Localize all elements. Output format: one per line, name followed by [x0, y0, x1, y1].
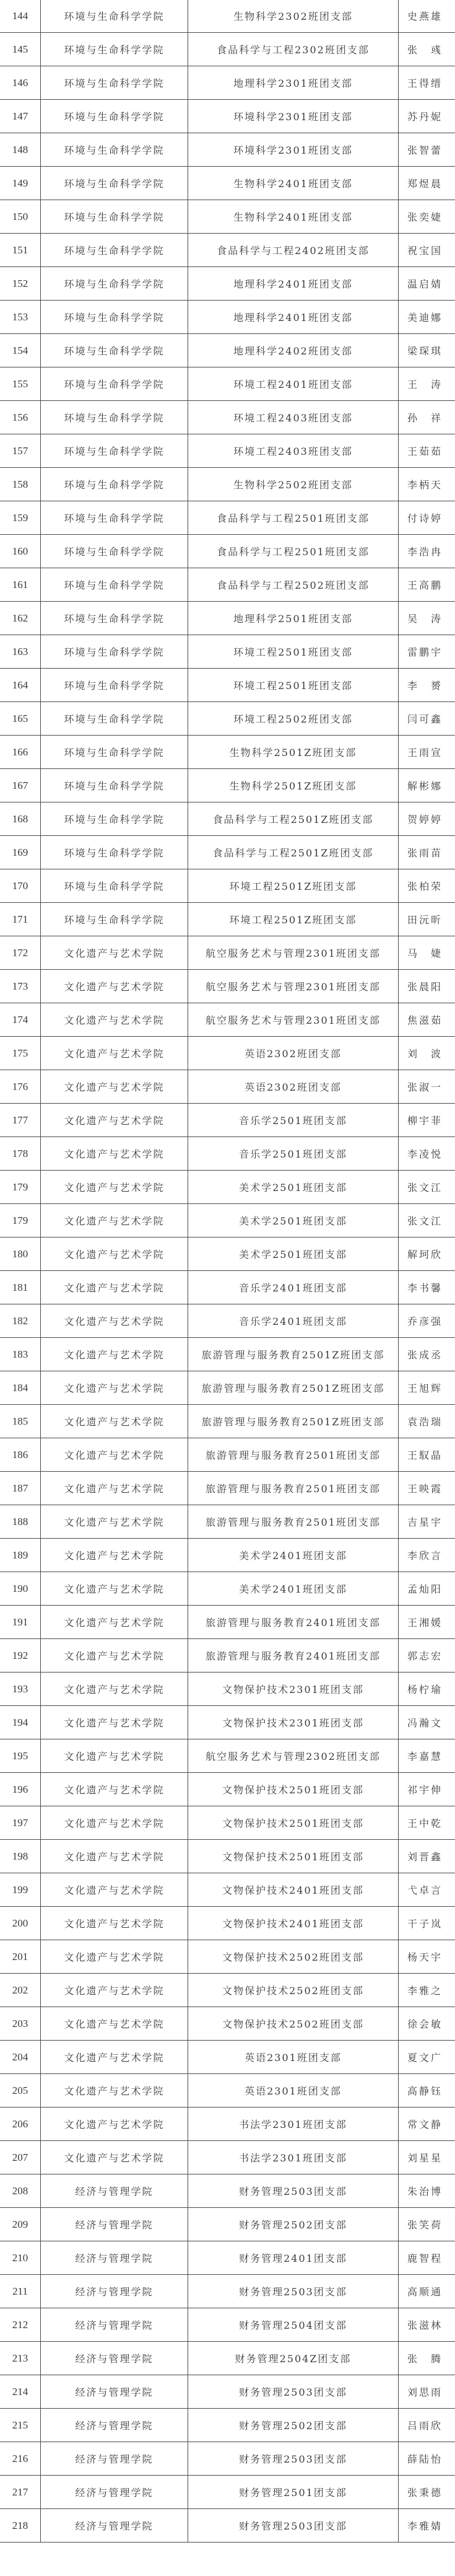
- table-row: 155 环境与生命科学学院 环境工程2401班团支部 王 涛: [0, 367, 455, 401]
- row-number-cell: 164: [0, 669, 41, 702]
- row-number-cell: 158: [0, 468, 41, 501]
- college-cell: 环境与生命科学学院: [41, 33, 188, 66]
- row-number-cell: 214: [0, 2375, 41, 2409]
- table-row: 215 经济与管理学院 财务管理2502团支部 吕雨欣: [0, 2409, 455, 2442]
- table-row: 144 环境与生命科学学院 生物科学2302班团支部 史燕雄: [0, 0, 455, 33]
- branch-cell: 环境工程2401班团支部: [188, 367, 399, 401]
- branch-cell: 书法学2301班团支部: [188, 2141, 399, 2174]
- name-cell: 李柄天: [399, 468, 455, 501]
- name-cell: 夏文广: [399, 2041, 455, 2074]
- branch-cell: 美术学2501班团支部: [188, 1237, 399, 1271]
- branch-cell: 文物保护技术2502班团支部: [188, 1974, 399, 2007]
- college-cell: 文化遗产与艺术学院: [41, 970, 188, 1003]
- table-row: 218 经济与管理学院 财务管理2503团支部 李雅婧: [0, 2509, 455, 2543]
- name-cell: 王旭辉: [399, 1371, 455, 1405]
- table-row: 195 文化遗产与艺术学院 航空服务艺术与管理2302班团支部 李嘉慧: [0, 1739, 455, 1773]
- name-cell: 袁浩瑞: [399, 1405, 455, 1438]
- table-row: 209 经济与管理学院 财务管理2502团支部 张笑荷: [0, 2208, 455, 2241]
- branch-cell: 音乐学2501班团支部: [188, 1104, 399, 1137]
- row-number-cell: 194: [0, 1706, 41, 1739]
- table-row: 175 文化遗产与艺术学院 英语2302班团支部 刘 波: [0, 1037, 455, 1070]
- branch-cell: 财务管理2401团支部: [188, 2241, 399, 2275]
- table-row: 150 环境与生命科学学院 生物科学2401班团支部 张奕婕: [0, 200, 455, 234]
- branch-cell: 文物保护技术2501班团支部: [188, 1806, 399, 1840]
- name-cell: 郑煜晨: [399, 167, 455, 200]
- row-number-cell: 187: [0, 1472, 41, 1505]
- branch-cell: 地理科学2401班团支部: [188, 301, 399, 334]
- college-cell: 环境与生命科学学院: [41, 501, 188, 535]
- table-row: 201 文化遗产与艺术学院 文物保护技术2502班团支部 杨天宇: [0, 1940, 455, 1974]
- branch-cell: 音乐学2501班团支部: [188, 1137, 399, 1171]
- branch-cell: 食品科学与工程2502班团支部: [188, 568, 399, 602]
- name-cell: 孙 祥: [399, 401, 455, 434]
- college-cell: 文化遗产与艺术学院: [41, 1907, 188, 1940]
- college-cell: 环境与生命科学学院: [41, 869, 188, 903]
- college-cell: 环境与生命科学学院: [41, 167, 188, 200]
- row-number-cell: 200: [0, 1907, 41, 1940]
- branch-cell: 英语2302班团支部: [188, 1070, 399, 1104]
- name-cell: 王湘媛: [399, 1606, 455, 1639]
- name-cell: 马 婕: [399, 936, 455, 970]
- name-cell: 张秉德: [399, 2476, 455, 2509]
- college-cell: 文化遗产与艺术学院: [41, 936, 188, 970]
- college-cell: 文化遗产与艺术学院: [41, 1070, 188, 1104]
- table-row: 169 环境与生命科学学院 食品科学与工程2501Z班团支部 张雨苗: [0, 836, 455, 869]
- table-row: 198 文化遗产与艺术学院 文物保护技术2501班团支部 刘晋鑫: [0, 1840, 455, 1873]
- table-row: 164 环境与生命科学学院 环境工程2501班团支部 李 赟: [0, 669, 455, 702]
- name-cell: 常文静: [399, 2108, 455, 2141]
- branch-cell: 财务管理2503团支部: [188, 2442, 399, 2476]
- row-number-cell: 148: [0, 133, 41, 167]
- row-number-cell: 175: [0, 1037, 41, 1070]
- row-number-cell: 147: [0, 100, 41, 133]
- college-cell: 文化遗产与艺术学院: [41, 1539, 188, 1572]
- name-cell: 解彬娜: [399, 769, 455, 802]
- name-cell: 吴 涛: [399, 602, 455, 635]
- row-number-cell: 181: [0, 1271, 41, 1304]
- row-number-cell: 188: [0, 1505, 41, 1539]
- table-row: 160 环境与生命科学学院 食品科学与工程2501班团支部 李浩冉: [0, 535, 455, 568]
- table-row: 199 文化遗产与艺术学院 文物保护技术2401班团支部 弋卓言: [0, 1873, 455, 1907]
- table-row: 193 文化遗产与艺术学院 文物保护技术2301班团支部 杨柠瑜: [0, 1673, 455, 1706]
- row-number-cell: 189: [0, 1539, 41, 1572]
- name-cell: 张文江: [399, 1171, 455, 1204]
- name-cell: 张滋林: [399, 2308, 455, 2342]
- name-cell: 高顺通: [399, 2275, 455, 2308]
- branch-cell: 环境工程2501Z班团支部: [188, 869, 399, 903]
- branch-cell: 地理科学2401班团支部: [188, 267, 399, 301]
- row-number-cell: 218: [0, 2509, 41, 2543]
- row-number-cell: 196: [0, 1773, 41, 1806]
- table-row: 208 经济与管理学院 财务管理2503团支部 朱治博: [0, 2174, 455, 2208]
- row-number-cell: 169: [0, 836, 41, 869]
- table-row: 204 文化遗产与艺术学院 英语2301班团支部 夏文广: [0, 2041, 455, 2074]
- branch-cell: 环境工程2501Z班团支部: [188, 903, 399, 936]
- college-cell: 文化遗产与艺术学院: [41, 1873, 188, 1907]
- name-cell: 王雨宣: [399, 736, 455, 769]
- name-cell: 刘晋鑫: [399, 1840, 455, 1873]
- branch-cell: 旅游管理与服务教育2501Z班团支部: [188, 1405, 399, 1438]
- branch-cell: 地理科学2402班团支部: [188, 334, 399, 367]
- name-cell: 解珂欣: [399, 1237, 455, 1271]
- college-cell: 文化遗产与艺术学院: [41, 1472, 188, 1505]
- row-number-cell: 179: [0, 1204, 41, 1237]
- branch-cell: 环境科学2301班团支部: [188, 133, 399, 167]
- branch-cell: 生物科学2501Z班团支部: [188, 736, 399, 769]
- college-cell: 经济与管理学院: [41, 2375, 188, 2409]
- branch-cell: 航空服务艺术与管理2301班团支部: [188, 1003, 399, 1037]
- row-number-cell: 161: [0, 568, 41, 602]
- branch-cell: 生物科学2501Z班团支部: [188, 769, 399, 802]
- branch-cell: 文物保护技术2401班团支部: [188, 1873, 399, 1907]
- branch-cell: 美术学2501班团支部: [188, 1204, 399, 1237]
- table-row: 159 环境与生命科学学院 食品科学与工程2501班团支部 付诗婷: [0, 501, 455, 535]
- branch-cell: 文物保护技术2401班团支部: [188, 1907, 399, 1940]
- college-cell: 环境与生命科学学院: [41, 434, 188, 468]
- name-cell: 薛陆怡: [399, 2442, 455, 2476]
- row-number-cell: 163: [0, 635, 41, 669]
- table-row: 183 文化遗产与艺术学院 旅游管理与服务教育2501Z班团支部 张成丞: [0, 1338, 455, 1371]
- name-cell: 张智蕾: [399, 133, 455, 167]
- name-cell: 张笑荷: [399, 2208, 455, 2241]
- table-row: 176 文化遗产与艺术学院 英语2302班团支部 张淑一: [0, 1070, 455, 1104]
- college-cell: 环境与生命科学学院: [41, 334, 188, 367]
- table-row: 184 文化遗产与艺术学院 旅游管理与服务教育2501Z班团支部 王旭辉: [0, 1371, 455, 1405]
- name-cell: 王高鹏: [399, 568, 455, 602]
- row-number-cell: 190: [0, 1572, 41, 1606]
- row-number-cell: 160: [0, 535, 41, 568]
- college-cell: 经济与管理学院: [41, 2275, 188, 2308]
- name-cell: 鹿智程: [399, 2241, 455, 2275]
- college-cell: 环境与生命科学学院: [41, 568, 188, 602]
- college-cell: 文化遗产与艺术学院: [41, 1137, 188, 1171]
- table-row: 152 环境与生命科学学院 地理科学2401班团支部 温启婧: [0, 267, 455, 301]
- name-cell: 李嘉慧: [399, 1739, 455, 1773]
- row-number-cell: 183: [0, 1338, 41, 1371]
- college-cell: 文化遗产与艺术学院: [41, 1237, 188, 1271]
- name-cell: 张奕婕: [399, 200, 455, 234]
- row-number-cell: 193: [0, 1673, 41, 1706]
- table-row: 187 文化遗产与艺术学院 旅游管理与服务教育2501班团支部 王映霞: [0, 1472, 455, 1505]
- branch-cell: 文物保护技术2501班团支部: [188, 1840, 399, 1873]
- row-number-cell: 208: [0, 2174, 41, 2208]
- row-number-cell: 179: [0, 1171, 41, 1204]
- branch-cell: 美术学2501班团支部: [188, 1171, 399, 1204]
- table-row: 165 环境与生命科学学院 环境工程2502班团支部 闫可鑫: [0, 702, 455, 736]
- row-number-cell: 151: [0, 234, 41, 267]
- table-row: 151 环境与生命科学学院 食品科学与工程2402班团支部 祝宝国: [0, 234, 455, 267]
- row-number-cell: 213: [0, 2342, 41, 2375]
- roster-table: 144 环境与生命科学学院 生物科学2302班团支部 史燕雄 145 环境与生命…: [0, 0, 455, 2543]
- name-cell: 孟灿阳: [399, 1572, 455, 1606]
- table-row: 214 经济与管理学院 财务管理2503团支部 刘思雨: [0, 2375, 455, 2409]
- table-row: 167 环境与生命科学学院 生物科学2501Z班团支部 解彬娜: [0, 769, 455, 802]
- name-cell: 祝宝国: [399, 234, 455, 267]
- table-row: 196 文化遗产与艺术学院 文物保护技术2501班团支部 祁宇伸: [0, 1773, 455, 1806]
- table-row: 180 文化遗产与艺术学院 美术学2501班团支部 解珂欣: [0, 1237, 455, 1271]
- table-row: 212 经济与管理学院 财务管理2504团支部 张滋林: [0, 2308, 455, 2342]
- table-row: 148 环境与生命科学学院 环境科学2301班团支部 张智蕾: [0, 133, 455, 167]
- branch-cell: 财务管理2503团支部: [188, 2275, 399, 2308]
- row-number-cell: 154: [0, 334, 41, 367]
- name-cell: 郭志宏: [399, 1639, 455, 1673]
- college-cell: 文化遗产与艺术学院: [41, 1505, 188, 1539]
- name-cell: 祁宇伸: [399, 1773, 455, 1806]
- college-cell: 文化遗产与艺术学院: [41, 1606, 188, 1639]
- college-cell: 经济与管理学院: [41, 2442, 188, 2476]
- college-cell: 环境与生命科学学院: [41, 234, 188, 267]
- row-number-cell: 197: [0, 1806, 41, 1840]
- college-cell: 文化遗产与艺术学院: [41, 1639, 188, 1673]
- table-row: 206 文化遗产与艺术学院 书法学2301班团支部 常文静: [0, 2108, 455, 2141]
- table-row: 205 文化遗产与艺术学院 英语2301班团支部 高静钰: [0, 2074, 455, 2108]
- college-cell: 环境与生命科学学院: [41, 0, 188, 33]
- row-number-cell: 192: [0, 1639, 41, 1673]
- row-number-cell: 168: [0, 802, 41, 836]
- college-cell: 文化遗产与艺术学院: [41, 1204, 188, 1237]
- branch-cell: 英语2301班团支部: [188, 2074, 399, 2108]
- branch-cell: 文物保护技术2502班团支部: [188, 2007, 399, 2041]
- branch-cell: 环境科学2301班团支部: [188, 100, 399, 133]
- table-row: 210 经济与管理学院 财务管理2401团支部 鹿智程: [0, 2241, 455, 2275]
- table-row: 188 文化遗产与艺术学院 旅游管理与服务教育2501班团支部 吉星宇: [0, 1505, 455, 1539]
- row-number-cell: 153: [0, 301, 41, 334]
- college-cell: 文化遗产与艺术学院: [41, 1171, 188, 1204]
- row-number-cell: 170: [0, 869, 41, 903]
- college-cell: 经济与管理学院: [41, 2509, 188, 2543]
- college-cell: 文化遗产与艺术学院: [41, 1338, 188, 1371]
- branch-cell: 英语2302班团支部: [188, 1037, 399, 1070]
- college-cell: 文化遗产与艺术学院: [41, 1673, 188, 1706]
- branch-cell: 航空服务艺术与管理2301班团支部: [188, 970, 399, 1003]
- row-number-cell: 207: [0, 2141, 41, 2174]
- college-cell: 环境与生命科学学院: [41, 736, 188, 769]
- table-row: 178 文化遗产与艺术学院 音乐学2501班团支部 李凌悦: [0, 1137, 455, 1171]
- college-cell: 文化遗产与艺术学院: [41, 2074, 188, 2108]
- college-cell: 环境与生命科学学院: [41, 66, 188, 100]
- row-number-cell: 171: [0, 903, 41, 936]
- table-row: 179 文化遗产与艺术学院 美术学2501班团支部 张文江: [0, 1204, 455, 1237]
- name-cell: 柳宇菲: [399, 1104, 455, 1137]
- branch-cell: 音乐学2401班团支部: [188, 1271, 399, 1304]
- row-number-cell: 155: [0, 367, 41, 401]
- college-cell: 经济与管理学院: [41, 2174, 188, 2208]
- name-cell: 张 彧: [399, 33, 455, 66]
- row-number-cell: 150: [0, 200, 41, 234]
- row-number-cell: 159: [0, 501, 41, 535]
- branch-cell: 食品科学与工程2402班团支部: [188, 234, 399, 267]
- table-row: 189 文化遗产与艺术学院 美术学2401班团支部 李欣言: [0, 1539, 455, 1572]
- name-cell: 焦滋茹: [399, 1003, 455, 1037]
- college-cell: 经济与管理学院: [41, 2308, 188, 2342]
- table-row: 170 环境与生命科学学院 环境工程2501Z班团支部 张柏荣: [0, 869, 455, 903]
- table-row: 177 文化遗产与艺术学院 音乐学2501班团支部 柳宇菲: [0, 1104, 455, 1137]
- college-cell: 环境与生命科学学院: [41, 367, 188, 401]
- branch-cell: 财务管理2503团支部: [188, 2509, 399, 2543]
- college-cell: 环境与生命科学学院: [41, 802, 188, 836]
- branch-cell: 生物科学2302班团支部: [188, 0, 399, 33]
- name-cell: 苏丹妮: [399, 100, 455, 133]
- college-cell: 环境与生命科学学院: [41, 903, 188, 936]
- name-cell: 史燕雄: [399, 0, 455, 33]
- college-cell: 文化遗产与艺术学院: [41, 1572, 188, 1606]
- row-number-cell: 191: [0, 1606, 41, 1639]
- college-cell: 文化遗产与艺术学院: [41, 1438, 188, 1472]
- row-number-cell: 165: [0, 702, 41, 736]
- table-row: 174 文化遗产与艺术学院 航空服务艺术与管理2301班团支部 焦滋茹: [0, 1003, 455, 1037]
- row-number-cell: 202: [0, 1974, 41, 2007]
- name-cell: 乔彦强: [399, 1304, 455, 1338]
- branch-cell: 地理科学2501班团支部: [188, 602, 399, 635]
- row-number-cell: 205: [0, 2074, 41, 2108]
- branch-cell: 环境工程2502班团支部: [188, 702, 399, 736]
- college-cell: 环境与生命科学学院: [41, 836, 188, 869]
- branch-cell: 航空服务艺术与管理2302班团支部: [188, 1739, 399, 1773]
- row-number-cell: 177: [0, 1104, 41, 1137]
- name-cell: 冯瀚文: [399, 1706, 455, 1739]
- branch-cell: 财务管理2504团支部: [188, 2308, 399, 2342]
- name-cell: 朱治博: [399, 2174, 455, 2208]
- name-cell: 李 赟: [399, 669, 455, 702]
- row-number-cell: 176: [0, 1070, 41, 1104]
- table-row: 145 环境与生命科学学院 食品科学与工程2302班团支部 张 彧: [0, 33, 455, 66]
- name-cell: 李欣言: [399, 1539, 455, 1572]
- table-row: 192 文化遗产与艺术学院 旅游管理与服务教育2401班团支部 郭志宏: [0, 1639, 455, 1673]
- table-row: 172 文化遗产与艺术学院 航空服务艺术与管理2301班团支部 马 婕: [0, 936, 455, 970]
- college-cell: 文化遗产与艺术学院: [41, 1806, 188, 1840]
- table-row: 171 环境与生命科学学院 环境工程2501Z班团支部 田沅昕: [0, 903, 455, 936]
- branch-cell: 财务管理2503团支部: [188, 2375, 399, 2409]
- college-cell: 文化遗产与艺术学院: [41, 2007, 188, 2041]
- row-number-cell: 162: [0, 602, 41, 635]
- college-cell: 环境与生命科学学院: [41, 401, 188, 434]
- table-row: 207 文化遗产与艺术学院 书法学2301班团支部 刘星星: [0, 2141, 455, 2174]
- name-cell: 刘 波: [399, 1037, 455, 1070]
- branch-cell: 环境工程2501班团支部: [188, 635, 399, 669]
- name-cell: 弋卓言: [399, 1873, 455, 1907]
- row-number-cell: 146: [0, 66, 41, 100]
- college-cell: 文化遗产与艺术学院: [41, 2108, 188, 2141]
- college-cell: 文化遗产与艺术学院: [41, 1371, 188, 1405]
- roster-table-body: 144 环境与生命科学学院 生物科学2302班团支部 史燕雄 145 环境与生命…: [0, 0, 455, 2543]
- name-cell: 张淑一: [399, 1070, 455, 1104]
- row-number-cell: 206: [0, 2108, 41, 2141]
- branch-cell: 英语2301班团支部: [188, 2041, 399, 2074]
- name-cell: 美迪娜: [399, 301, 455, 334]
- branch-cell: 地理科学2301班团支部: [188, 66, 399, 100]
- name-cell: 温启婧: [399, 267, 455, 301]
- table-row: 153 环境与生命科学学院 地理科学2401班团支部 美迪娜: [0, 301, 455, 334]
- college-cell: 环境与生命科学学院: [41, 301, 188, 334]
- row-number-cell: 211: [0, 2275, 41, 2308]
- college-cell: 文化遗产与艺术学院: [41, 2041, 188, 2074]
- row-number-cell: 217: [0, 2476, 41, 2509]
- college-cell: 文化遗产与艺术学院: [41, 1104, 188, 1137]
- row-number-cell: 145: [0, 33, 41, 66]
- row-number-cell: 216: [0, 2442, 41, 2476]
- branch-cell: 食品科学与工程2302班团支部: [188, 33, 399, 66]
- table-row: 211 经济与管理学院 财务管理2503团支部 高顺通: [0, 2275, 455, 2308]
- college-cell: 文化遗产与艺术学院: [41, 1304, 188, 1338]
- branch-cell: 文物保护技术2501班团支部: [188, 1773, 399, 1806]
- branch-cell: 美术学2401班团支部: [188, 1572, 399, 1606]
- row-number-cell: 212: [0, 2308, 41, 2342]
- name-cell: 李雅婧: [399, 2509, 455, 2543]
- table-row: 147 环境与生命科学学院 环境科学2301班团支部 苏丹妮: [0, 100, 455, 133]
- row-number-cell: 201: [0, 1940, 41, 1974]
- branch-cell: 食品科学与工程2501Z班团支部: [188, 836, 399, 869]
- table-row: 158 环境与生命科学学院 生物科学2502班团支部 李柄天: [0, 468, 455, 501]
- row-number-cell: 180: [0, 1237, 41, 1271]
- name-cell: 雷鹏宇: [399, 635, 455, 669]
- name-cell: 张成丞: [399, 1338, 455, 1371]
- college-cell: 文化遗产与艺术学院: [41, 1974, 188, 2007]
- branch-cell: 财务管理2501团支部: [188, 2476, 399, 2509]
- table-row: 202 文化遗产与艺术学院 文物保护技术2502班团支部 李雅之: [0, 1974, 455, 2007]
- table-row: 194 文化遗产与艺术学院 文物保护技术2301班团支部 冯瀚文: [0, 1706, 455, 1739]
- name-cell: 贺婷婷: [399, 802, 455, 836]
- row-number-cell: 172: [0, 936, 41, 970]
- table-row: 173 文化遗产与艺术学院 航空服务艺术与管理2301班团支部 张晨阳: [0, 970, 455, 1003]
- table-row: 200 文化遗产与艺术学院 文物保护技术2401班团支部 干子岚: [0, 1907, 455, 1940]
- branch-cell: 财务管理2502团支部: [188, 2208, 399, 2241]
- branch-cell: 财务管理2503团支部: [188, 2174, 399, 2208]
- row-number-cell: 178: [0, 1137, 41, 1171]
- college-cell: 环境与生命科学学院: [41, 669, 188, 702]
- college-cell: 环境与生命科学学院: [41, 702, 188, 736]
- college-cell: 环境与生命科学学院: [41, 602, 188, 635]
- branch-cell: 美术学2401班团支部: [188, 1539, 399, 1572]
- row-number-cell: 144: [0, 0, 41, 33]
- name-cell: 李雅之: [399, 1974, 455, 2007]
- branch-cell: 食品科学与工程2501Z班团支部: [188, 802, 399, 836]
- row-number-cell: 173: [0, 970, 41, 1003]
- name-cell: 闫可鑫: [399, 702, 455, 736]
- table-row: 197 文化遗产与艺术学院 文物保护技术2501班团支部 王中乾: [0, 1806, 455, 1840]
- branch-cell: 文物保护技术2301班团支部: [188, 1706, 399, 1739]
- college-cell: 经济与管理学院: [41, 2208, 188, 2241]
- college-cell: 文化遗产与艺术学院: [41, 1739, 188, 1773]
- college-cell: 文化遗产与艺术学院: [41, 1405, 188, 1438]
- branch-cell: 旅游管理与服务教育2401班团支部: [188, 1606, 399, 1639]
- branch-cell: 旅游管理与服务教育2501班团支部: [188, 1505, 399, 1539]
- row-number-cell: 184: [0, 1371, 41, 1405]
- branch-cell: 文物保护技术2301班团支部: [188, 1673, 399, 1706]
- table-row: 166 环境与生命科学学院 生物科学2501Z班团支部 王雨宣: [0, 736, 455, 769]
- name-cell: 高静钰: [399, 2074, 455, 2108]
- college-cell: 经济与管理学院: [41, 2241, 188, 2275]
- name-cell: 付诗婷: [399, 501, 455, 535]
- name-cell: 王得缙: [399, 66, 455, 100]
- name-cell: 王映霞: [399, 1472, 455, 1505]
- college-cell: 环境与生命科学学院: [41, 635, 188, 669]
- row-number-cell: 195: [0, 1739, 41, 1773]
- branch-cell: 旅游管理与服务教育2501Z班团支部: [188, 1371, 399, 1405]
- name-cell: 王茹茹: [399, 434, 455, 468]
- college-cell: 经济与管理学院: [41, 2476, 188, 2509]
- college-cell: 经济与管理学院: [41, 2409, 188, 2442]
- table-row: 213 经济与管理学院 财务管理2504Z团支部 张 腾: [0, 2342, 455, 2375]
- college-cell: 文化遗产与艺术学院: [41, 1773, 188, 1806]
- name-cell: 王中乾: [399, 1806, 455, 1840]
- branch-cell: 生物科学2502班团支部: [188, 468, 399, 501]
- table-row: 186 文化遗产与艺术学院 旅游管理与服务教育2501班团支部 王馭晶: [0, 1438, 455, 1472]
- name-cell: 张 腾: [399, 2342, 455, 2375]
- branch-cell: 环境工程2501班团支部: [188, 669, 399, 702]
- college-cell: 经济与管理学院: [41, 2342, 188, 2375]
- table-row: 161 环境与生命科学学院 食品科学与工程2502班团支部 王高鹏: [0, 568, 455, 602]
- name-cell: 张晨阳: [399, 970, 455, 1003]
